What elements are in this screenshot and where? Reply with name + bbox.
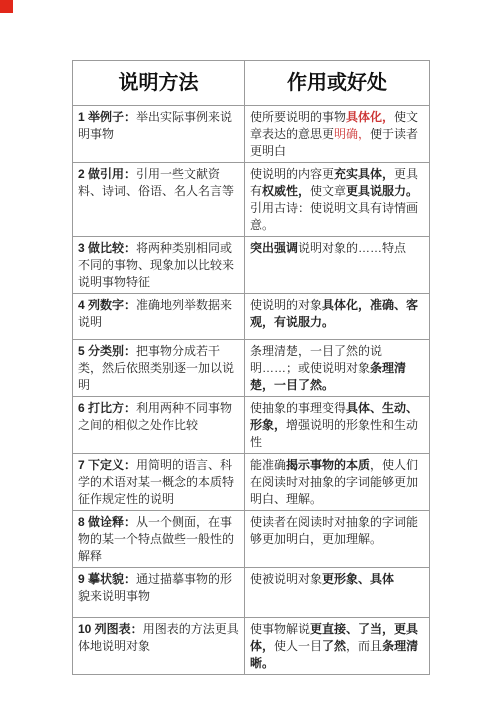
column-header-effect: 作用或好处: [245, 61, 430, 106]
table-row: 10 列图表：用图表的方法更具体地说明对象使事物解说更直接、了当，更具体，使人一…: [73, 618, 430, 675]
method-name-label: 6 打比方：: [78, 401, 136, 415]
table-row: 6 打比方：利用两种不同事物之间的相似之处作比较使抽象的事理变得具体、生动、形象…: [73, 397, 430, 454]
table-row: 3 做比较：将两种类别相同或不同的事物、现象加以比较来说明事物特征突出强调说明对…: [73, 237, 430, 294]
effect-cell: 使被说明对象更形象、具体: [245, 568, 430, 618]
effect-text-segment: ，而且: [346, 639, 382, 653]
effect-text-segment: 说明对象的……特点: [298, 241, 406, 255]
effect-text-segment: 引用古诗：使说明文具有诗情画意。: [250, 201, 418, 232]
effect-text-segment: 使被说明对象: [250, 572, 322, 586]
header-row: 说明方法 作用或好处: [73, 61, 430, 106]
corner-mark: [0, 0, 13, 13]
method-name-label: 3 做比较：: [78, 241, 136, 255]
effect-text-segment: 明确，: [334, 127, 370, 141]
effect-cell: 条理清楚，一目了然的说明……；或使说明对象条理清楚，一目了然。: [245, 340, 430, 397]
effect-cell: 使所要说明的事物具体化，使文章表达的意思更明确，便于读者更明白: [245, 106, 430, 163]
method-cell: 3 做比较：将两种类别相同或不同的事物、现象加以比较来说明事物特征: [73, 237, 245, 294]
effect-cell: 能准确揭示事物的本质，使人们在阅读时对抽象的字词能够更加明白、理解。: [245, 454, 430, 511]
effect-cell: 使读者在阅读时对抽象的字词能够更加明白，更加理解。: [245, 511, 430, 568]
effect-text-segment: 了然: [322, 639, 346, 653]
effect-text-segment: 条理清楚，一目了然的说明……；或使说明对象: [250, 344, 382, 375]
effect-cell: 使说明的内容更充实具体，更具有权威性，使文章更具说服力。引用古诗：使说明文具有诗…: [245, 163, 430, 237]
method-name-label: 1 举例子：: [78, 110, 136, 124]
method-name-label: 2 做引用：: [78, 167, 136, 181]
document-page: 说明方法 作用或好处 1 举例子：举出实际事例来说明事物使所要说明的事物具体化，…: [0, 0, 500, 708]
method-name-label: 8 做诠释：: [78, 515, 136, 529]
table-row: 1 举例子：举出实际事例来说明事物使所要说明的事物具体化，使文章表达的意思更明确…: [73, 106, 430, 163]
effect-text-segment: 充实具体，: [334, 167, 394, 181]
table-row: 4 列数字：准确地列举数据来说明使说明的对象具体化，准确、客观，有说服力。: [73, 294, 430, 340]
effect-text-segment: 使所要说明的事物: [250, 110, 346, 124]
effect-text-segment: 使说明的对象: [250, 298, 322, 312]
effect-text-segment: 揭示事物的本质: [286, 458, 370, 472]
table-row: 7 下定义：用简明的语言、科学的术语对某一概念的本质特征作规定性的说明能准确揭示…: [73, 454, 430, 511]
table-body: 1 举例子：举出实际事例来说明事物使所要说明的事物具体化，使文章表达的意思更明确…: [73, 106, 430, 675]
effect-text-segment: 权威性，: [262, 184, 310, 198]
effect-text-segment: 更具说服力。: [346, 184, 418, 198]
method-cell: 9 摹状貌：通过描摹事物的形貌来说明事物: [73, 568, 245, 618]
method-cell: 5 分类别：把事物分成若干类，然后依照类别逐一加以说明: [73, 340, 245, 397]
method-cell: 1 举例子：举出实际事例来说明事物: [73, 106, 245, 163]
effect-text-segment: 使抽象的事理变得: [250, 401, 346, 415]
method-cell: 2 做引用：引用一些文献资料、诗词、俗语、名人名言等: [73, 163, 245, 237]
method-name-label: 7 下定义：: [78, 458, 136, 472]
method-cell: 10 列图表：用图表的方法更具体地说明对象: [73, 618, 245, 675]
effect-text-segment: 使文章: [310, 184, 346, 198]
method-name-label: 9 摹状貌：: [78, 572, 136, 586]
effect-text-segment: 使事物解说: [250, 622, 310, 636]
column-header-method: 说明方法: [73, 61, 245, 106]
method-cell: 7 下定义：用简明的语言、科学的术语对某一概念的本质特征作规定性的说明: [73, 454, 245, 511]
effect-cell: 使说明的对象具体化，准确、客观，有说服力。: [245, 294, 430, 340]
methods-table: 说明方法 作用或好处 1 举例子：举出实际事例来说明事物使所要说明的事物具体化，…: [72, 60, 430, 675]
effect-text-segment: 使读者在阅读时对抽象的字词能够更加明白，更加理解。: [250, 515, 418, 546]
effect-cell: 使事物解说更直接、了当，更具体，使人一目了然，而且条理清晰。: [245, 618, 430, 675]
effect-cell: 突出强调说明对象的……特点: [245, 237, 430, 294]
method-name-label: 10 列图表：: [78, 622, 143, 636]
table-row: 9 摹状貌：通过描摹事物的形貌来说明事物使被说明对象更形象、具体: [73, 568, 430, 618]
table-row: 8 做诠释：从一个侧面，在事物的某一个特点做些一般性的解释使读者在阅读时对抽象的…: [73, 511, 430, 568]
table-row: 2 做引用：引用一些文献资料、诗词、俗语、名人名言等使说明的内容更充实具体，更具…: [73, 163, 430, 237]
method-name-label: 5 分类别：: [78, 344, 136, 358]
method-name-label: 4 列数字：: [78, 298, 136, 312]
effect-cell: 使抽象的事理变得具体、生动、形象，增强说明的形象性和生动性: [245, 397, 430, 454]
effect-text-segment: 更形象、具体: [322, 572, 394, 586]
method-cell: 4 列数字：准确地列举数据来说明: [73, 294, 245, 340]
effect-text-segment: 使说明的内容更: [250, 167, 334, 181]
effect-text-segment: 突出强调: [250, 241, 298, 255]
method-cell: 8 做诠释：从一个侧面，在事物的某一个特点做些一般性的解释: [73, 511, 245, 568]
method-cell: 6 打比方：利用两种不同事物之间的相似之处作比较: [73, 397, 245, 454]
effect-text-segment: 使人一目: [274, 639, 322, 653]
table-row: 5 分类别：把事物分成若干类，然后依照类别逐一加以说明条理清楚，一目了然的说明……: [73, 340, 430, 397]
effect-text-segment: 具体化，: [346, 110, 394, 124]
effect-text-segment: 能准确: [250, 458, 286, 472]
